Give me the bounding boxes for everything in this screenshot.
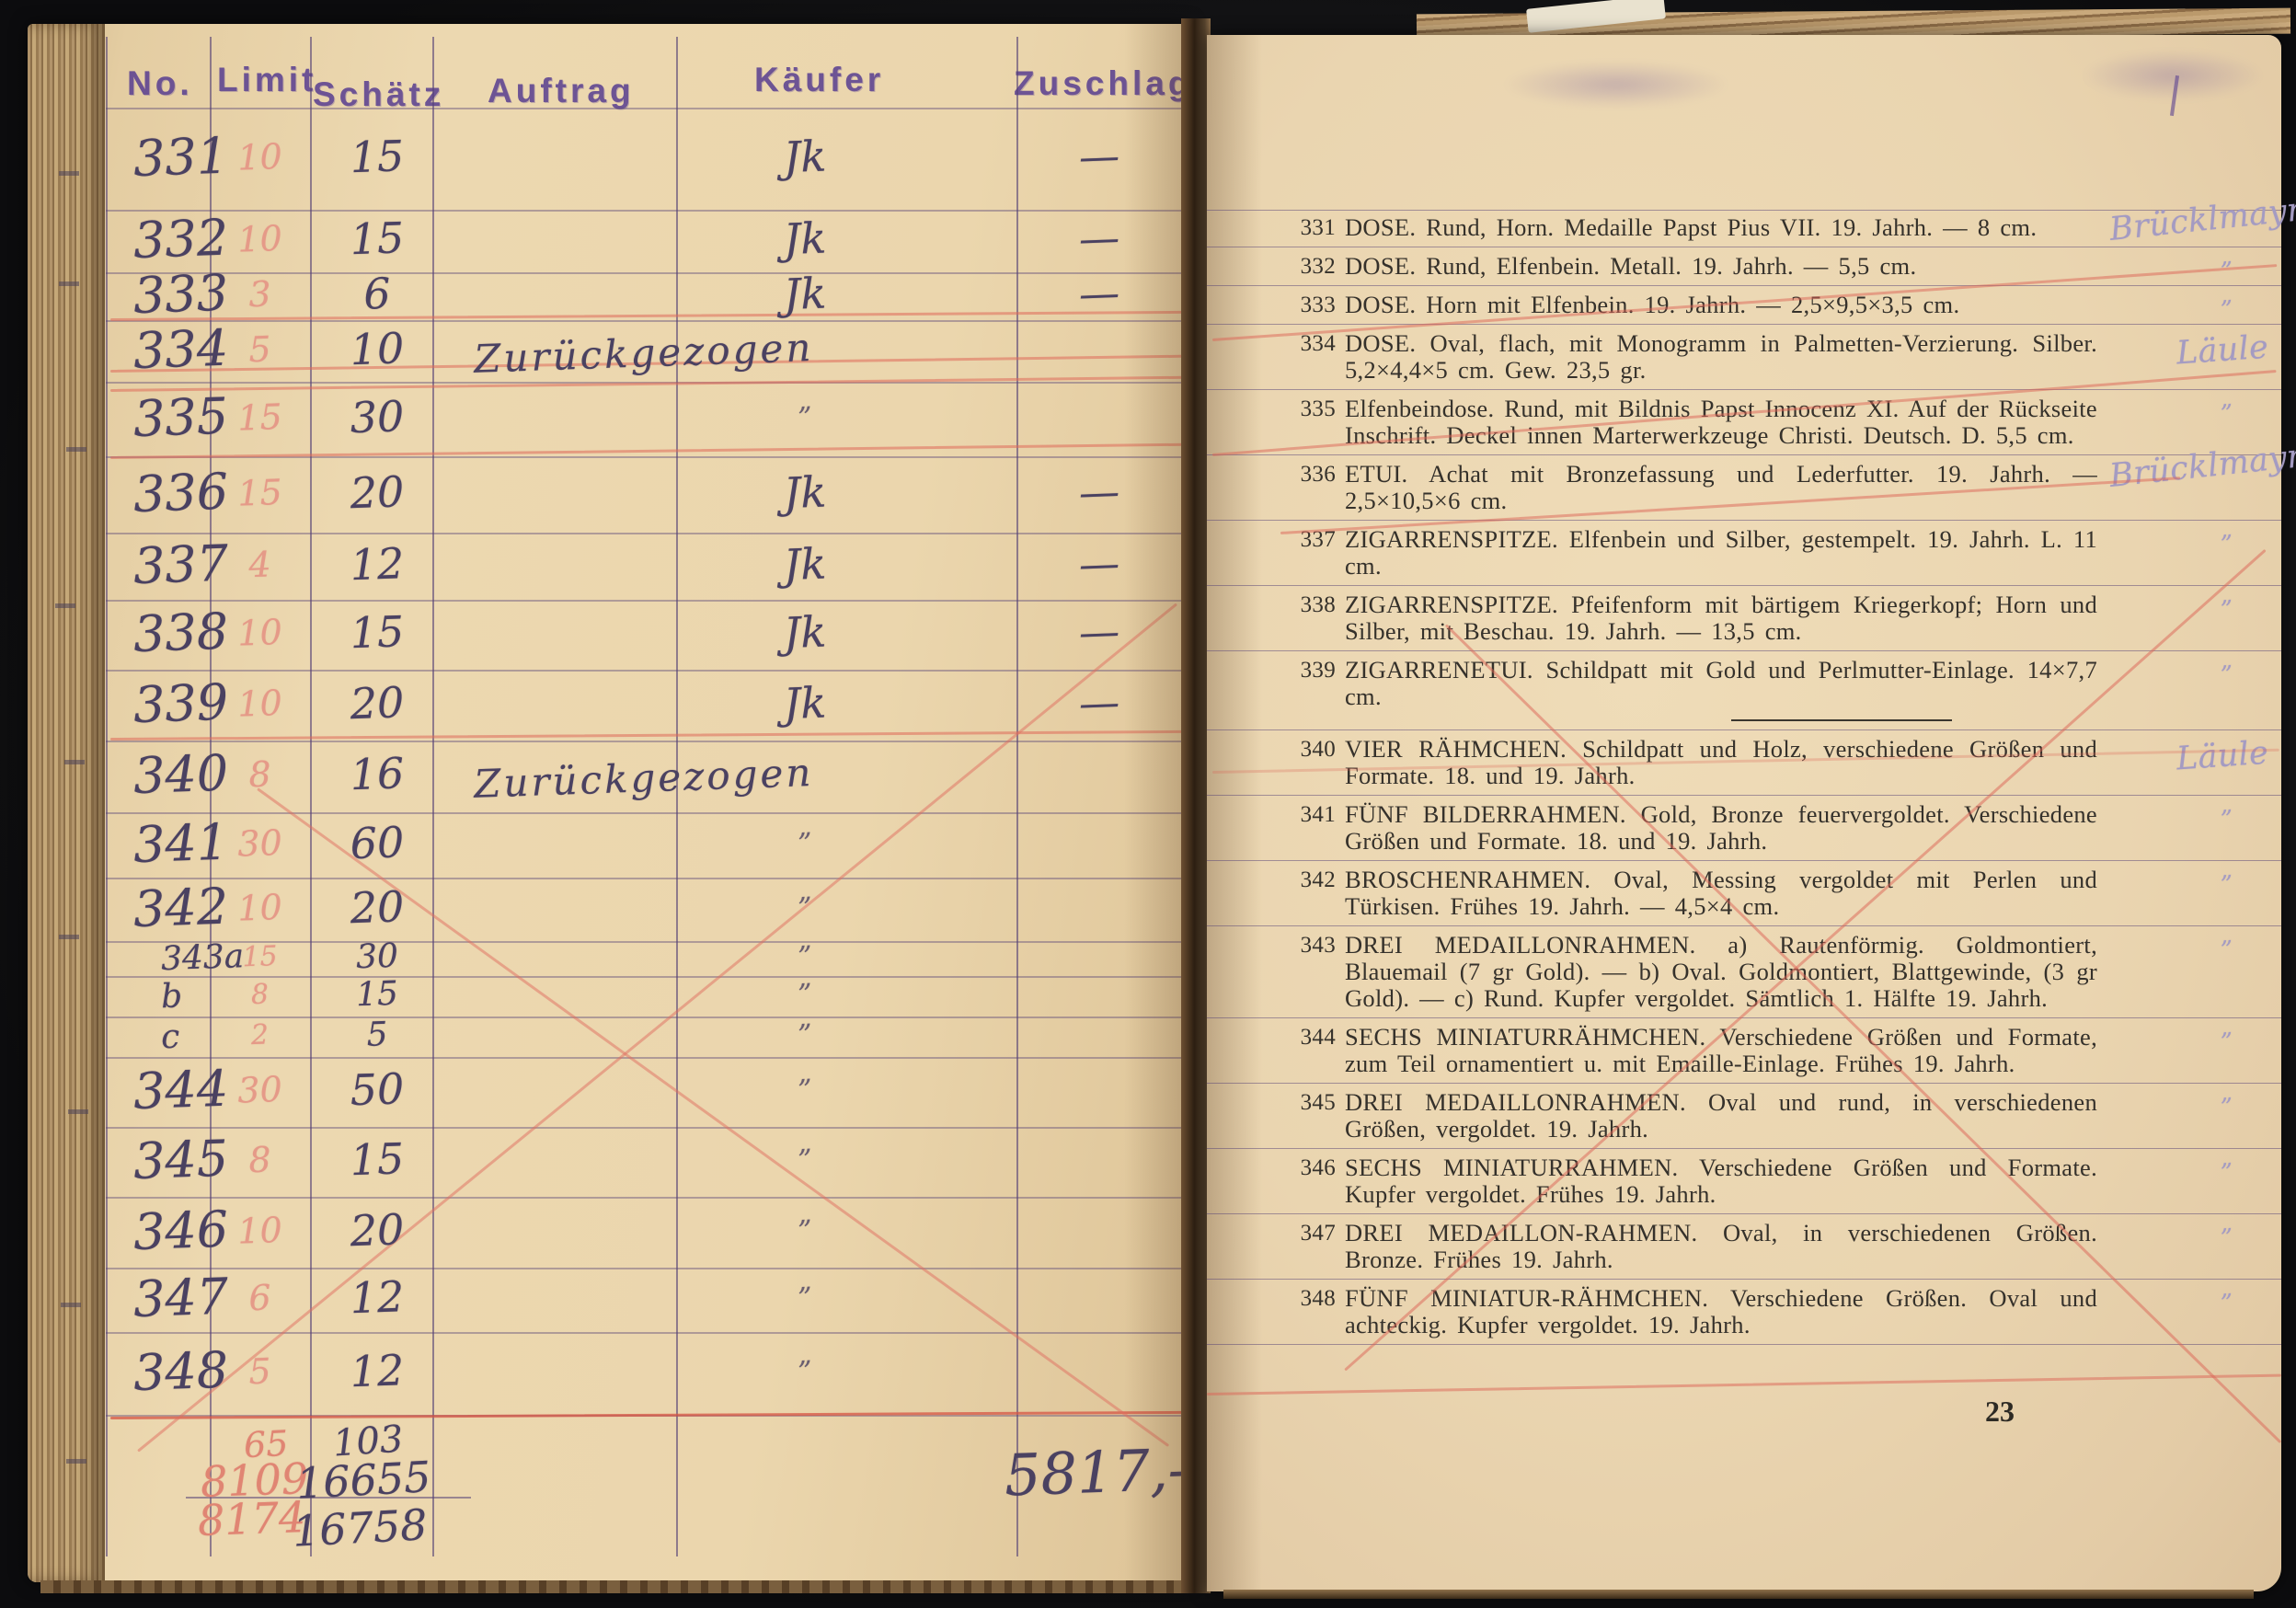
estimate-value: 30: [316, 390, 438, 444]
entry-number: 332: [1285, 253, 1336, 280]
hammer-price: —: [1034, 269, 1165, 320]
limit-value: 10: [215, 611, 304, 654]
limit-value: 15: [215, 939, 304, 974]
estimate-value: 6: [316, 267, 438, 321]
margin-ditto: ”: [2221, 1160, 2234, 1188]
page-bottom-edge: [40, 1580, 1181, 1593]
entry-number: 347: [1285, 1220, 1336, 1246]
limit-value: 5: [215, 327, 304, 371]
margin-ditto: ”: [2221, 1095, 2234, 1122]
margin-ditto: ”: [2221, 872, 2234, 900]
catalog-entry: 345 DREI MEDAILLONRAHMEN. Oval und rund,…: [1207, 1085, 2281, 1149]
estimate-value: 15: [316, 130, 438, 184]
ledger-row: 334 5 10 Zurückgezogen: [106, 320, 1187, 382]
ledger-row: 345 8 15 ”: [106, 1127, 1187, 1197]
margin-ditto: ”: [2221, 1029, 2234, 1057]
buyer-mark: Jk: [730, 129, 879, 184]
withdrawn-note: Zurückgezogen: [473, 741, 1044, 807]
ledger-row: 340 8 16 Zurückgezogen: [106, 741, 1187, 812]
catalog-entry: 343 DREI MEDAILLONRAHMEN. a) Rautenförmi…: [1207, 928, 2281, 1018]
entry-number: 343: [1285, 932, 1336, 959]
margin-ditto: ”: [2221, 807, 2234, 834]
entry-text: Elfenbeindose. Rund, mit Bildnis Papst I…: [1345, 395, 2097, 449]
entry-text: DOSE. Oval, flach, mit Monogramm in Palm…: [1345, 329, 2097, 384]
hammer-price: —: [1034, 607, 1165, 659]
entry-text: DOSE. Rund, Horn. Medaille Papst Pius VI…: [1345, 213, 2037, 241]
limit-value: 6: [215, 1276, 304, 1319]
limit-value: 30: [215, 1068, 304, 1111]
entry-text: FÜNF MINIATUR-RÄHMCHEN. Verschiedene Grö…: [1345, 1284, 2097, 1338]
ditto-mark: ”: [730, 1016, 878, 1054]
estimate-value: 50: [316, 1062, 438, 1117]
estimate-value: 20: [316, 1203, 438, 1258]
margin-buyer-name: Läule: [2175, 741, 2269, 774]
entry-text: FÜNF BILDERRAHMEN. Gold, Bronze feuerver…: [1345, 800, 2097, 855]
ledger-row: 331 10 15 Jk —: [106, 108, 1187, 210]
ledger-row: 341 30 60 ”: [106, 812, 1187, 878]
entry-text: DREI MEDAILLON-RAHMEN. Oval, in verschie…: [1345, 1219, 2097, 1273]
entry-text: SECHS MINIATURRAHMEN. Verschiedene Größe…: [1345, 1154, 2097, 1208]
withdrawn-note: Zurückgezogen: [473, 316, 1044, 382]
limit-value: 3: [215, 272, 304, 316]
ditto-mark: ”: [730, 398, 878, 436]
limit-total: 8174: [197, 1492, 306, 1545]
estimate-value: 20: [316, 880, 438, 935]
ditto-mark: ”: [730, 889, 878, 926]
margin-ditto: ”: [2221, 662, 2234, 690]
faint-stamp: [1501, 61, 1731, 109]
ledger-row: 343a 15 30 ”: [106, 941, 1187, 976]
limit-value: 15: [215, 471, 304, 514]
hammer-price: —: [1034, 466, 1165, 518]
entry-text: ZIGARRENSPITZE. Elfenbein und Silber, ge…: [1345, 525, 2097, 580]
catalog-entry: 339 ZIGARRENETUI. Schildpatt mit Gold un…: [1207, 653, 2281, 730]
entry-text: DREI MEDAILLONRAHMEN. a) Rautenförmig. G…: [1345, 931, 2097, 1012]
margin-ditto: ”: [2221, 937, 2234, 965]
estimate-value: 15: [316, 1132, 438, 1187]
entry-text: DOSE. Rund, Elfenbein. Metall. 19. Jahrh…: [1345, 252, 1916, 280]
entry-number: 340: [1285, 736, 1336, 763]
entry-number: 342: [1285, 867, 1336, 893]
page-bottom-edge: [1223, 1590, 2254, 1599]
catalog-entry: 348 FÜNF MINIATUR-RÄHMCHEN. Verschiedene…: [1207, 1281, 2281, 1345]
buyer-mark: Jk: [730, 605, 879, 660]
estimate-value: 10: [316, 322, 438, 376]
limit-value: 10: [215, 217, 304, 260]
ditto-mark: ”: [730, 938, 878, 976]
hammer-price: —: [1034, 538, 1165, 590]
limit-value: 8: [215, 752, 304, 796]
hammer-price: —: [1034, 213, 1165, 265]
limit-value: 30: [215, 821, 304, 865]
ledger-row: c 2 5 ”: [106, 1016, 1187, 1057]
catalog-entry: 338 ZIGARRENSPITZE. Pfeifenform mit bärt…: [1207, 588, 2281, 651]
limit-value: 4: [215, 543, 304, 586]
estimate-value: 5: [316, 1014, 437, 1056]
catalog-entry: 344 SECHS MINIATURRÄHMCHEN. Verschiedene…: [1207, 1020, 2281, 1084]
ledger-row: 335 15 30 ”: [106, 382, 1187, 456]
book-fore-edge: [28, 24, 105, 1582]
catalog-entries: 331 DOSE. Rund, Horn. Medaille Papst Piu…: [1207, 210, 2281, 1347]
ditto-mark: ”: [730, 1353, 878, 1391]
estimate-value: 16: [316, 747, 438, 801]
limit-value: 10: [215, 886, 304, 929]
entry-number: 348: [1285, 1285, 1336, 1312]
entry-number: 331: [1285, 214, 1336, 241]
catalog-entry: 332 DOSE. Rund, Elfenbein. Metall. 19. J…: [1207, 249, 2281, 286]
entry-number: 344: [1285, 1024, 1336, 1051]
page-number: 23: [1985, 1395, 2015, 1429]
catalog-entry: 337 ZIGARRENSPITZE. Elfenbein und Silber…: [1207, 523, 2281, 586]
estimate-value: 20: [316, 465, 438, 520]
buyer-mark: Jk: [730, 212, 879, 267]
limit-value: 10: [215, 1209, 304, 1252]
ledger-row: 333 3 6 Jk —: [106, 272, 1187, 320]
fore-edge-ticks: [59, 171, 79, 176]
ledger-row: 342 10 20 ”: [106, 878, 1187, 941]
entry-number: 341: [1285, 801, 1336, 828]
ledger-row: 347 6 12 ”: [106, 1268, 1187, 1332]
estimate-value: 15: [316, 605, 438, 660]
buyer-mark: Jk: [730, 675, 879, 730]
catalog-entry: 336 ETUI. Achat mit Bronzefassung und Le…: [1207, 457, 2281, 521]
catalog-entry: 346 SECHS MINIATURRAHMEN. Verschiedene G…: [1207, 1151, 2281, 1214]
margin-ditto: ”: [2221, 532, 2234, 559]
section-divider-rule: [1731, 719, 1952, 721]
limit-value: 10: [215, 682, 304, 725]
red-strike-line: [1207, 1374, 2281, 1396]
ledger-row: b 8 15 ”: [106, 976, 1187, 1016]
entry-text: SECHS MINIATURRÄHMCHEN. Verschiedene Grö…: [1345, 1023, 2097, 1077]
ledger-row: 336 15 20 Jk —: [106, 456, 1187, 533]
buyer-mark: Jk: [730, 536, 879, 592]
catalog-entry: 334 DOSE. Oval, flach, mit Monogramm in …: [1207, 327, 2281, 390]
ledger-row: 346 10 20 ”: [106, 1197, 1187, 1268]
limit-value: 15: [215, 396, 304, 439]
ledger-row: 337 4 12 Jk —: [106, 533, 1187, 600]
entry-number: 336: [1285, 461, 1336, 488]
ditto-mark: ”: [730, 1212, 878, 1249]
column-header-zuschlag: Zuschlag: [1014, 64, 1192, 103]
estimate-value: 60: [316, 816, 438, 870]
catalog-entry: 341 FÜNF BILDERRAHMEN. Gold, Bronze feue…: [1207, 798, 2281, 861]
column-header-no: No.: [127, 64, 193, 103]
limit-value: 5: [215, 1350, 304, 1393]
margin-ditto: ”: [2221, 297, 2234, 325]
entry-number: 335: [1285, 396, 1336, 422]
estimate-value: 12: [316, 537, 438, 592]
hammer-price: —: [1034, 677, 1165, 729]
entry-number: 338: [1285, 592, 1336, 618]
ledger-row: 339 10 20 Jk —: [106, 670, 1187, 741]
ditto-mark: ”: [730, 824, 878, 862]
catalog-entry: 331 DOSE. Rund, Horn. Medaille Papst Piu…: [1207, 211, 2281, 247]
entry-text: ZIGARRENETUI. Schildpatt mit Gold und Pe…: [1345, 656, 2097, 710]
catalog-entry: 333 DOSE. Horn mit Elfenbein. 19. Jahrh.…: [1207, 288, 2281, 325]
ditto-mark: ”: [730, 976, 878, 1014]
estimate-value: 15: [316, 212, 438, 266]
margin-ditto: ”: [2221, 401, 2234, 429]
entry-number: 339: [1285, 657, 1336, 683]
ditto-mark: ”: [730, 1280, 878, 1317]
entry-text: DREI MEDAILLONRAHMEN. Oval und rund, in …: [1345, 1088, 2097, 1143]
ledger-page: No. Limit Schätz Auftrag Käufer Zuschlag…: [28, 24, 1188, 1582]
ledger-row: 344 30 50 ”: [106, 1057, 1187, 1127]
estimate-value: 12: [316, 1270, 438, 1325]
entry-number: 345: [1285, 1089, 1336, 1116]
entry-number: 333: [1285, 292, 1336, 318]
ditto-mark: ”: [730, 1142, 878, 1179]
limit-value: 10: [215, 135, 304, 178]
catalog-entry: 335 Elfenbeindose. Rund, mit Bildnis Pap…: [1207, 392, 2281, 455]
ledger-row: 338 10 15 Jk —: [106, 600, 1187, 670]
column-header-kaeufer: Käufer: [754, 61, 884, 99]
column-header-limit: Limit: [217, 61, 316, 99]
limit-value: 2: [215, 1017, 304, 1052]
margin-ditto: ”: [2221, 1291, 2234, 1318]
estimate-value: 15: [316, 973, 437, 1016]
limit-value: 8: [215, 1138, 304, 1181]
ditto-mark: ”: [730, 1072, 878, 1109]
margin-ditto: ”: [2221, 597, 2234, 625]
ledger-row: 348 5 12 ”: [106, 1332, 1187, 1415]
buyer-mark: Jk: [730, 267, 879, 322]
hammer-price: —: [1034, 131, 1165, 182]
limit-value: 8: [215, 977, 304, 1012]
hammer-total: 5817,-: [1004, 1436, 1188, 1510]
buyer-mark: Jk: [730, 465, 879, 520]
margin-ditto: ”: [2221, 258, 2234, 286]
estimate-value: 12: [316, 1344, 438, 1398]
margin-ditto: ”: [2221, 1225, 2234, 1253]
estimate-value: 30: [316, 936, 437, 978]
entry-number: 346: [1285, 1154, 1336, 1181]
margin-buyer-name: Brücklmayr: [2108, 197, 2296, 244]
catalog-entry: 340 VIER RÄHMCHEN. Schildpatt und Holz, …: [1207, 732, 2281, 796]
margin-buyer-name: Läule: [2175, 335, 2269, 368]
estimate-value: 20: [316, 676, 438, 730]
catalog-entry: 347 DREI MEDAILLON-RAHMEN. Oval, in vers…: [1207, 1216, 2281, 1280]
catalog-page: 331 DOSE. Rund, Horn. Medaille Papst Piu…: [1207, 35, 2281, 1591]
column-header-auftrag: Auftrag: [488, 72, 635, 110]
estimate-total: 16758: [292, 1499, 429, 1556]
